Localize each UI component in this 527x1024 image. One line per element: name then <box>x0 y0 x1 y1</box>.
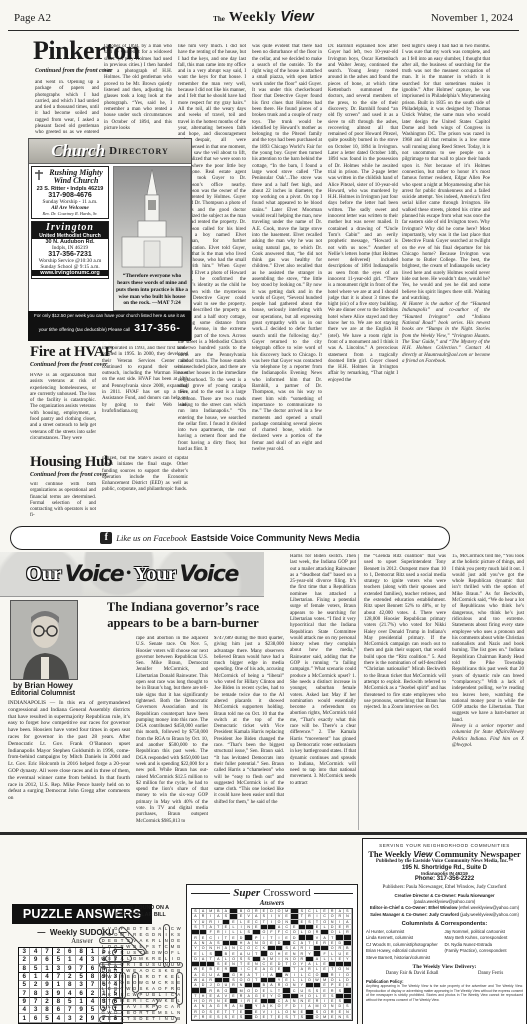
sudoku-cell: 1 <box>42 965 53 973</box>
sudoku-cell: 7 <box>42 948 53 956</box>
governor-column-a: INDIANAPOLIS — In this era of gerrymande… <box>8 700 130 896</box>
governor-headline-line1: The Indiana governor’s race <box>84 600 282 616</box>
governor-column-f-text: 15, McCormick told me, “You look at the … <box>452 554 524 723</box>
fire-column-2: incorporated in 1993, and their first ho… <box>102 346 188 449</box>
housing-headline: Housing Hub <box>30 454 112 471</box>
sudoku-cell: 8 <box>87 973 98 981</box>
sudoku-cell: 4 <box>65 989 76 997</box>
crossword-answer-grid: SAMBABOREDOMSCLERASARIASEVASIVETRICORNYU… <box>191 908 353 1021</box>
columnist-name: Steve Barnett, historian/columnist <box>366 955 445 961</box>
church-worship-time: Worship Service @10:30 a.m <box>32 258 108 264</box>
church-phone: 317-908-4676 <box>33 192 107 199</box>
crossword-cell: E <box>230 1015 238 1020</box>
masthead-staff-list: Creative Director & Co-Owner: Paula Nice… <box>366 893 523 918</box>
crossword-cell: R <box>200 1015 208 1020</box>
governor-headline-line2: appears to be a barn-burner <box>84 616 282 632</box>
crossword-header: Super Crossword <box>191 887 353 899</box>
housing-continued: Continued from the front cover <box>30 472 107 478</box>
sudoku-cell: 5 <box>19 981 30 989</box>
sudoku-cell: 6 <box>53 1006 64 1014</box>
delivery-heading: The Weekly View Delivery: <box>366 964 523 970</box>
pinkerton-column-1: and went in. Opening up a package of pap… <box>35 80 99 136</box>
wordfind-answer-grid: KVGFBDTESALCWBMOWIREGDNIKSDEBTSVAKRLNOEL… <box>100 925 182 1022</box>
sudoku-cell: 9 <box>30 956 41 964</box>
sudoku-cell: 9 <box>42 981 53 989</box>
sudoku-cell: 9 <box>65 965 76 973</box>
masthead-published-by: Published by the Eastside Voice Communit… <box>366 859 523 864</box>
church-photo: “Therefore everyone who hears these word… <box>113 166 191 311</box>
facebook-banner-name: Eastside Voice Community News Media <box>191 533 360 543</box>
crossword-cell: S <box>344 1015 352 1020</box>
pinkerton-continued: Continued from the front cover <box>35 68 112 74</box>
crossword-cell: P <box>192 1015 200 1020</box>
church-address: 23 S. Ritter • Indpls 46219 <box>33 186 107 192</box>
sudoku-cell: 2 <box>87 989 98 997</box>
header-rule <box>8 30 519 31</box>
governor-column-b: rape and abortion in the adjacent U.S. S… <box>136 636 208 884</box>
sudoku-cell: 5 <box>42 1014 53 1022</box>
facebook-banner: f Like us on Facebook Eastside Voice Com… <box>10 526 450 550</box>
sudoku-cell: 6 <box>42 956 53 964</box>
masthead-title-pre: The Weekly <box>368 849 413 859</box>
pinkerton-column-6-text: best night’s sleep I had had in two mont… <box>402 44 490 301</box>
masthead-info-box: SERVING YOUR NEIGHBORHOOD COMMUNITIES Th… <box>362 838 527 1024</box>
columnists-right-list: Jay Nommel, political cartoonistMary Bet… <box>445 929 524 961</box>
crossword-answers-box: Super Crossword Answers SAMBABOREDOMSCLE… <box>186 884 358 1024</box>
section-divider-rule <box>0 832 527 835</box>
sudoku-cell: 2 <box>19 956 30 964</box>
sudoku-cell: 2 <box>30 981 41 989</box>
crossword-cell: S <box>223 1015 231 1020</box>
sudoku-cell: 2 <box>53 948 64 956</box>
sudoku-cell: 8 <box>42 1006 53 1014</box>
sudoku-cell: 7 <box>19 989 30 997</box>
sudoku-cell: 3 <box>65 1014 76 1022</box>
sudoku-cell: 1 <box>30 973 41 981</box>
fire-continued: Continued from the front cover <box>30 362 107 368</box>
sudoku-cell: 7 <box>53 973 64 981</box>
crossword-cell: E <box>261 1015 269 1020</box>
sudoku-cell: 3 <box>30 1006 41 1014</box>
wordfind-title-line2: FIVE-DOLLAR BILL <box>96 912 186 919</box>
crossword-cell: E <box>329 1015 337 1020</box>
sudoku-cell: 6 <box>76 989 87 997</box>
crossword-cell: N <box>336 1015 344 1020</box>
sudoku-cell: 2 <box>42 998 53 1006</box>
columnists-heading: Columnists & Correspondents: <box>366 921 523 927</box>
sudoku-cell: 8 <box>76 948 87 956</box>
sudoku-cell: 1 <box>19 1014 30 1022</box>
sudoku-cell: 4 <box>42 973 53 981</box>
sudoku-cell: 6 <box>87 965 98 973</box>
sudoku-cell: 5 <box>53 956 64 964</box>
sudoku-cell: 9 <box>87 1014 98 1022</box>
byline-title: Editorial Columnist <box>4 690 82 697</box>
sudoku-cell: 5 <box>87 1006 98 1014</box>
governor-column-e: the “Glenda Ritz coalition” that was use… <box>364 554 446 832</box>
sudoku-cell: 9 <box>53 989 64 997</box>
crossword-cell: O <box>314 1015 322 1020</box>
voice-your: Your <box>134 563 176 586</box>
masthead-title-post: Community Newspaper <box>432 849 520 859</box>
church-name: Irvington <box>32 222 108 233</box>
crossword-cell: D <box>253 1015 261 1020</box>
sudoku-cell: 8 <box>65 981 76 989</box>
sudoku-cell: 6 <box>65 948 76 956</box>
church-name-2: United Methodist Church <box>32 233 108 239</box>
church-title-script: Church <box>51 141 105 161</box>
crossword-cell: S <box>299 1015 307 1020</box>
sudoku-cell: 3 <box>19 948 30 956</box>
voice-bullet: • <box>126 566 131 582</box>
column-divider <box>358 554 359 830</box>
sudoku-cell: 7 <box>30 998 41 1006</box>
church-directory-ad: Church Directory Rushing Mighty Wind Chu… <box>28 138 192 340</box>
sudoku-cell: 3 <box>87 956 98 964</box>
sudoku-cell: 4 <box>19 1006 30 1014</box>
policy-text: Anything appearing in The Weekly View is… <box>366 984 523 1002</box>
crossword-cell: T <box>291 1015 299 1020</box>
columnists-left-list: Al Hunter, columnistLinda Kennett, colum… <box>366 929 445 961</box>
masthead-title-view: View <box>413 849 432 859</box>
sudoku-cell: 4 <box>76 956 87 964</box>
church-worship-time: Sunday Worship - 11 a.m. <box>33 199 107 205</box>
delivery-names-right: Danny Ferris <box>478 971 503 976</box>
fire-headline: Fire at HVAF <box>30 344 113 361</box>
sudoku-cell: 1 <box>65 956 76 964</box>
masthead-the: The <box>213 15 225 23</box>
wordfind-title-line1: WORDS FOUND ON A <box>96 905 186 912</box>
crossword-cell: S <box>238 1015 246 1020</box>
voice-our: Our <box>26 563 62 586</box>
sudoku-cell: 6 <box>30 1014 41 1022</box>
governor-headline: The Indiana governor’s race appears to b… <box>84 600 282 631</box>
wordfind-letter: B <box>176 1016 182 1022</box>
sudoku-cell: 9 <box>76 1006 87 1014</box>
crossword-cell: S <box>283 1015 291 1020</box>
sudoku-cell: 4 <box>30 948 41 956</box>
sudoku-cell: 7 <box>65 1006 76 1014</box>
masthead-publishers: Publishers: Paula Nicewanger, Ethel Wins… <box>366 885 523 890</box>
masthead-staff-line: Creative Director & Co-Owner: Paula Nice… <box>366 893 523 905</box>
sudoku-cell: 9 <box>19 998 30 1006</box>
newspaper-page: Page A2 The Weekly View November 1, 2024… <box>0 0 527 1024</box>
byline: by Brian Howey <box>4 681 82 690</box>
housing-column-2: nalized, but the State’s award of capita… <box>102 456 188 522</box>
masthead-view: View <box>280 8 314 25</box>
church-ad-call-line: your tithe offering (tax deductible) Ple… <box>39 327 131 332</box>
crossword-cell: T <box>268 1015 276 1020</box>
housing-column-1: will continue with both organizations as… <box>30 482 96 522</box>
sudoku-cell: 8 <box>53 998 64 1006</box>
governor-column-f: 15, McCormick told me, “You look at the … <box>452 554 524 830</box>
sudoku-cell: 2 <box>65 973 76 981</box>
crossword-cell: E <box>207 1015 215 1020</box>
crossword-cell: S <box>215 1015 223 1020</box>
pinkerton-column-5: Dr. Barnhill explained how after Guyer h… <box>328 44 398 522</box>
governor-author-bio: Howey is a senior reporter and columnist… <box>452 724 524 748</box>
church-title-caps: Directory <box>109 145 169 157</box>
masthead-weekly: Weekly <box>229 10 276 25</box>
issue-date: November 1, 2024 <box>431 12 513 24</box>
columnist-name: (Family Practice), correspondent <box>445 948 524 954</box>
sudoku-cell: 8 <box>30 989 41 997</box>
delivery-names-left: Danny Fair & David Edsall <box>386 971 439 976</box>
crossword-cell: M <box>321 1015 329 1020</box>
masthead-staff-line: Sales Manager & Co-Owner: Judy Crawford … <box>366 912 523 918</box>
church-pastor: Rev. Dr. Courtney R. Hards, Sr. <box>33 211 107 216</box>
facebook-icon: f <box>100 532 112 544</box>
crossword-answers-label: Answers <box>187 899 357 907</box>
crossword-cell <box>245 1015 253 1020</box>
sudoku-cell: 7 <box>76 965 87 973</box>
masthead-tagline: SERVING YOUR NEIGHBORHOOD COMMUNITIES <box>366 843 523 848</box>
sudoku-cell: 5 <box>30 965 41 973</box>
sudoku-cell: 6 <box>19 973 30 981</box>
portrait-illustration <box>11 601 77 679</box>
church-phone: 317-356-7231 <box>32 251 108 258</box>
pinkerton-column-6: best night’s sleep I had had in two mont… <box>402 44 490 522</box>
sudoku-cell: 4 <box>53 1014 64 1022</box>
masthead-paper-title: The Weekly View Community Newspaper <box>366 849 523 859</box>
pinkerton-author-bio: Al Hunter is the author of the “Haunted … <box>402 302 490 364</box>
sudoku-cell: 5 <box>65 998 76 1006</box>
church-quote: “Therefore everyone who hears these word… <box>116 273 188 307</box>
sudoku-cell: 5 <box>76 973 87 981</box>
governor-column-c: $747,689 during the third quarter, givin… <box>214 636 284 880</box>
pinkerton-column-2: October of 1894, by a man who said he wa… <box>104 44 172 136</box>
sudoku-cell: 3 <box>42 989 53 997</box>
church-listing-irvington: Irvington United Methodist Church 30 N. … <box>31 221 109 279</box>
crossword-title-rest: Crossword <box>263 887 311 899</box>
sudoku-cell: 3 <box>53 965 64 973</box>
voice-voice-2: Voice <box>179 562 238 587</box>
church-directory-header: Church Directory <box>29 139 191 164</box>
sudoku-cell: 1 <box>76 998 87 1006</box>
church-school-time: Sunday School @ 9:15 a.m. <box>32 264 108 270</box>
facebook-banner-prefix: Like us on Facebook <box>116 533 187 543</box>
crossword-cell <box>306 1015 314 1020</box>
wordfind-title: WORDS FOUND ON A FIVE-DOLLAR BILL <box>96 905 186 919</box>
crossword-title-super: Super <box>233 887 260 899</box>
church-listing-rushing: Rushing Mighty Wind Church 23 S. Ritter … <box>31 166 109 219</box>
crossword-cell: E <box>276 1015 284 1020</box>
sudoku-cell: 3 <box>76 981 87 989</box>
pinkerton-column-4: was quite evident that there had been no… <box>252 44 322 522</box>
sudoku-cell: 7 <box>87 981 98 989</box>
sudoku-cell: 1 <box>53 981 64 989</box>
fire-column-1: HVAF is an organization that assists vet… <box>30 373 96 449</box>
church-ad-footer: For only $12.50 per week you can have yo… <box>28 311 191 341</box>
cross-icon <box>33 169 45 181</box>
voice-voice-1: Voice <box>65 562 124 587</box>
brian-howey-photo <box>10 600 78 680</box>
our-voice-banner: Our Voice • Your Voice <box>0 552 264 597</box>
irvington-header: Irvington United Methodist Church <box>32 222 108 239</box>
sudoku-cell: 2 <box>76 1014 87 1022</box>
sudoku-cell: 1 <box>87 948 98 956</box>
masthead-phone: Phone: 317-356-2222 <box>366 876 523 882</box>
sudoku-cell: 4 <box>87 998 98 1006</box>
sudoku-cell: 8 <box>19 965 30 973</box>
church-website: www.irvingtonumc.org <box>32 270 108 276</box>
